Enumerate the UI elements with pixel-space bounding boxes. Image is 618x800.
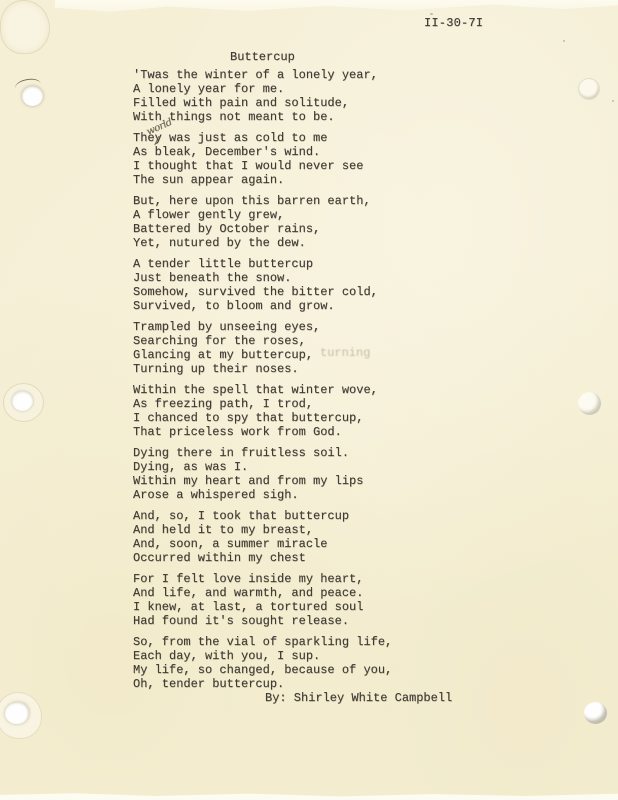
- erased-ghost-text: turning: [320, 346, 370, 360]
- poem-line: As freezing path, I trod,: [133, 397, 392, 411]
- poem-title: Buttercup: [230, 50, 295, 64]
- stanza: Within the spell that winter wove,As fre…: [133, 383, 392, 439]
- poem-line: And life, and warmth, and peace.: [133, 586, 392, 600]
- stanza: 'Twas the winter of a lonely year,A lone…: [133, 68, 392, 124]
- poem-line: Turning up their noses.: [133, 362, 392, 376]
- poem-line: With things not meant to be.: [133, 110, 392, 124]
- poem-line: Trampled by unseeing eyes,: [133, 320, 392, 334]
- paper-top-edge: [55, 0, 618, 13]
- poem-line: So, from the vial of sparkling life,: [133, 635, 392, 649]
- poem-line: Each day, with you, I sup.: [133, 649, 392, 663]
- punch-hole-top-right: [578, 78, 600, 100]
- ink-speck: [563, 40, 565, 42]
- poem-line: A tender little buttercup: [133, 257, 392, 271]
- poem-line: A flower gently grew,: [133, 208, 392, 222]
- poem-line: Occurred within my chest: [133, 551, 392, 565]
- poem-line: My life, so changed, because of you,: [133, 663, 392, 677]
- paper-bottom-edge: [0, 791, 618, 800]
- poem-line: And, soon, a summer miracle: [133, 537, 392, 551]
- poem-line: Yet, nutured by the dew.: [133, 236, 392, 250]
- poem-line: I chanced to spy that buttercup,: [133, 411, 392, 425]
- poem-line: A lonely year for me.: [133, 82, 392, 96]
- poem-line: Battered by October rains,: [133, 222, 392, 236]
- poem: 'Twas the winter of a lonely year,A lone…: [133, 68, 392, 698]
- poem-line: Arose a whispered sigh.: [133, 488, 392, 502]
- poem-line: That priceless work from God.: [133, 425, 392, 439]
- typed-date: II-30-7I: [424, 16, 483, 30]
- poem-line: But, here upon this barren earth,: [133, 194, 392, 208]
- poem-line: They was just as cold to me: [133, 131, 392, 145]
- punch-hole-top-left: [22, 86, 43, 106]
- punch-hole-middle-left: [12, 391, 33, 411]
- poem-line: Dying, as was I.: [133, 460, 392, 474]
- poem-line: As bleak, December's wind.: [133, 145, 392, 159]
- byline: By: Shirley White Campbell: [265, 691, 452, 705]
- poem-line: Had found it's sought release.: [133, 614, 392, 628]
- poem-line: Dying there in fruitless soil.: [133, 446, 392, 460]
- ink-speck: [612, 100, 614, 102]
- stanza: And, so, I took that buttercupAnd held i…: [133, 509, 392, 565]
- poem-line: And held it to my breast,: [133, 523, 392, 537]
- ink-speck: [430, 13, 433, 15]
- hole-wear-ring: [0, 0, 50, 54]
- poem-line: Filled with pain and solitude,: [133, 96, 392, 110]
- poem-line: Somehow, survived the bitter cold,: [133, 285, 392, 299]
- poem-line: The sun appear again.: [133, 173, 392, 187]
- stanza: They was just as cold to meAs bleak, Dec…: [133, 131, 392, 187]
- punch-hole-bottom-left: [5, 702, 29, 724]
- poem-line: Survived, to bloom and grow.: [133, 299, 392, 313]
- poem-line: For I felt love inside my heart,: [133, 572, 392, 586]
- stanza: Dying there in fruitless soil.Dying, as …: [133, 446, 392, 502]
- poem-line: 'Twas the winter of a lonely year,: [133, 68, 392, 82]
- stanza: But, here upon this barren earth,A flowe…: [133, 194, 392, 250]
- punch-hole-bottom-right: [584, 702, 607, 724]
- poem-line: And, so, I took that buttercup: [133, 509, 392, 523]
- scanned-poem-page: II-30-7I Buttercup 'Twas the winter of a…: [0, 0, 618, 800]
- stanza: So, from the vial of sparkling life,Each…: [133, 635, 392, 691]
- punch-hole-middle-right: [578, 392, 601, 415]
- poem-line: I knew, at last, a tortured soul: [133, 600, 392, 614]
- stanza: For I felt love inside my heart,And life…: [133, 572, 392, 628]
- poem-line: I thought that I would never see: [133, 159, 392, 173]
- poem-line: Just beneath the snow.: [133, 271, 392, 285]
- stanza: A tender little buttercupJust beneath th…: [133, 257, 392, 313]
- poem-line: Within the spell that winter wove,: [133, 383, 392, 397]
- poem-line: Within my heart and from my lips: [133, 474, 392, 488]
- poem-line: Oh, tender buttercup.: [133, 677, 392, 691]
